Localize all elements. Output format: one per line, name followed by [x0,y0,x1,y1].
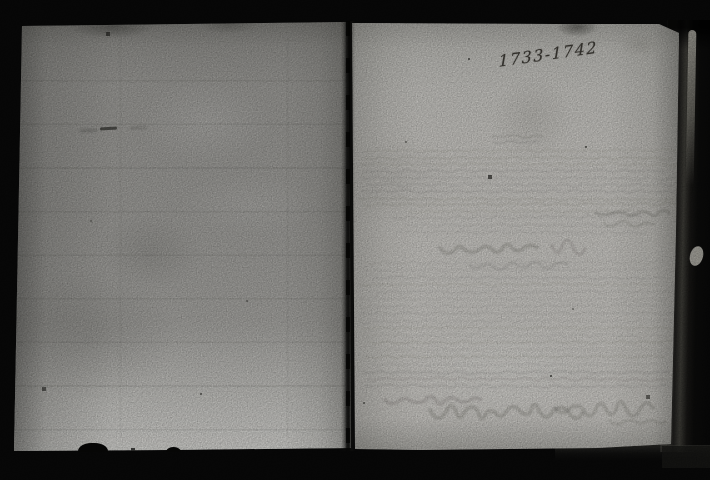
paper-specks [0,0,2,2]
stitching-shadow [346,21,350,451]
faded-handwriting-layer [352,23,682,453]
scanned-register-spread: 1733-1742 [0,0,710,480]
clamp-notch [78,443,108,452]
clamp-notch [166,447,181,452]
bottom-right-shadow [662,446,710,468]
paper-specks [0,0,2,2]
binding-gutter [341,21,355,451]
